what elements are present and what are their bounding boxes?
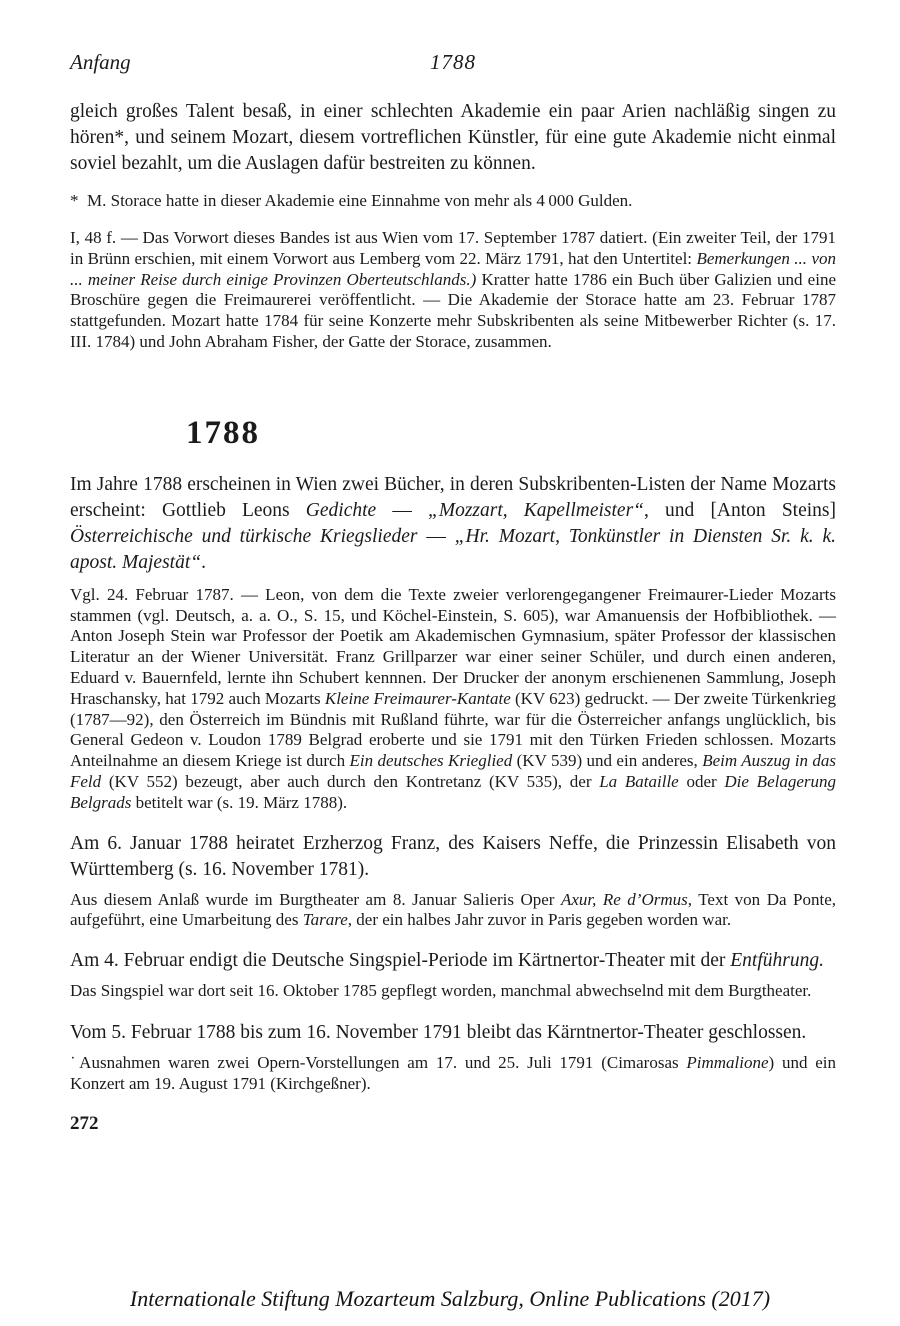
- commentary-singspiel: Das Singspiel war dort seit 16. Oktober …: [70, 981, 836, 1002]
- commentary-leon-stein: Vgl. 24. Februar 1787. — Leon, von dem d…: [70, 585, 836, 814]
- paragraph-continuation: gleich großes Talent besaß, in einer sch…: [70, 99, 836, 177]
- running-header: Anfang 1788: [70, 50, 836, 75]
- page-number: 272: [70, 1113, 836, 1135]
- commentary-axur: Aus diesem Anlaß wurde im Burgtheater am…: [70, 890, 836, 932]
- footnote-storace: * M. Storace hatte in dieser Akademie ei…: [70, 190, 836, 211]
- running-header-title: Anfang: [70, 50, 430, 75]
- year-heading: 1788: [186, 415, 836, 452]
- paragraph-singspiel-periode: Am 4. Februar endigt die Deutsche Singsp…: [70, 948, 836, 974]
- commentary-ausnahmen: ˙Ausnahmen waren zwei Opern-Vorstellunge…: [70, 1053, 836, 1095]
- paragraph-subskribenten: Im Jahre 1788 erscheinen in Wien zwei Bü…: [70, 472, 836, 576]
- running-header-year: 1788: [430, 50, 476, 75]
- book-page: Anfang 1788 gleich großes Talent besaß, …: [0, 0, 900, 1135]
- paragraph-erzherzog-franz: Am 6. Januar 1788 heiratet Erzherzog Fra…: [70, 831, 836, 883]
- footer-credit: Internationale Stiftung Mozarteum Salzbu…: [0, 1286, 900, 1312]
- commentary-vorwort: I, 48 f. — Das Vorwort dieses Bandes ist…: [70, 228, 836, 353]
- paragraph-theater-geschlossen: Vom 5. Februar 1788 bis zum 16. November…: [70, 1020, 836, 1046]
